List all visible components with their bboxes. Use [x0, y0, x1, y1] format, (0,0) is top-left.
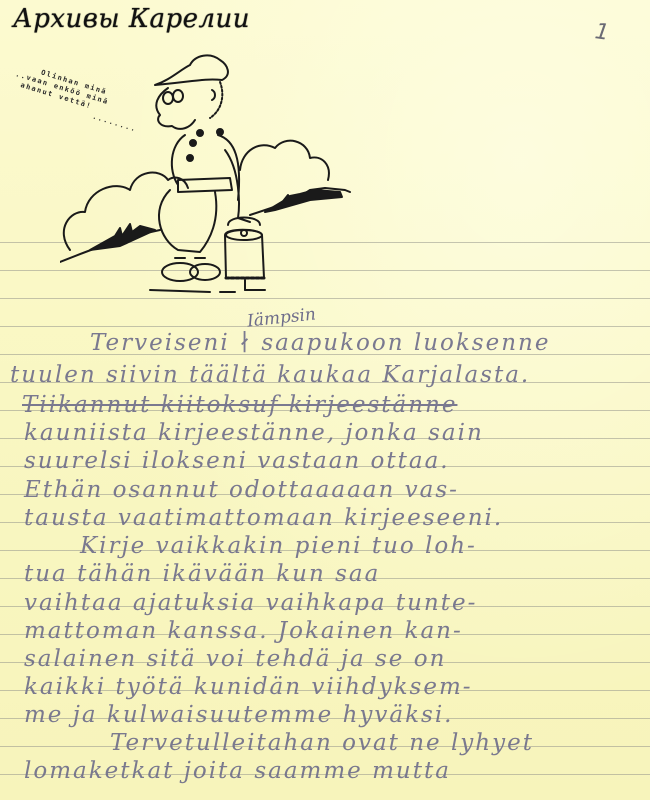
- letter-line: Kirje vaikkakin pieni tuo loh-: [80, 533, 477, 559]
- letter-line: lomaketkat joita saamme mutta: [24, 758, 451, 784]
- letter-line: me ja kulwaisuutemme hyväksi.: [24, 702, 454, 728]
- letter-line: vaihtaa ajatuksia vaihkapa tunte-: [24, 590, 477, 616]
- letter-line-struck: Tiikannut kiitoksuf kirjeestänne: [22, 392, 457, 418]
- letter-line: Terveiseni ∤ saapukoon luoksenne: [90, 330, 550, 356]
- letter-line: suurelsi ilokseni vastaan ottaa.: [24, 448, 450, 474]
- letter-line: mattoman kanssa. Jokainen kan-: [24, 618, 463, 644]
- letter-line: kaikki työtä kunidän viihdyksem-: [24, 674, 473, 700]
- letter-line: salainen sitä voi tehdä ja se on: [24, 646, 446, 672]
- letter-line: Tervetulleitahan ovat ne lyhyet: [110, 730, 534, 756]
- letter-line: tuulen siivin täältä kaukaa Karjalasta.: [10, 362, 530, 388]
- letter-line: kauniista kirjeestänne, jonka sain: [24, 420, 484, 446]
- letter-line: Ethän osannut odottaaaaan vas-: [24, 477, 459, 503]
- letter-line: tua tähän ikävään kun saa: [24, 561, 380, 587]
- letter-line: tausta vaatimattomaan kirjeeseeni.: [24, 505, 503, 531]
- handwritten-letter: Terveiseni ∤ saapukoon luoksenne tuulen …: [0, 0, 650, 800]
